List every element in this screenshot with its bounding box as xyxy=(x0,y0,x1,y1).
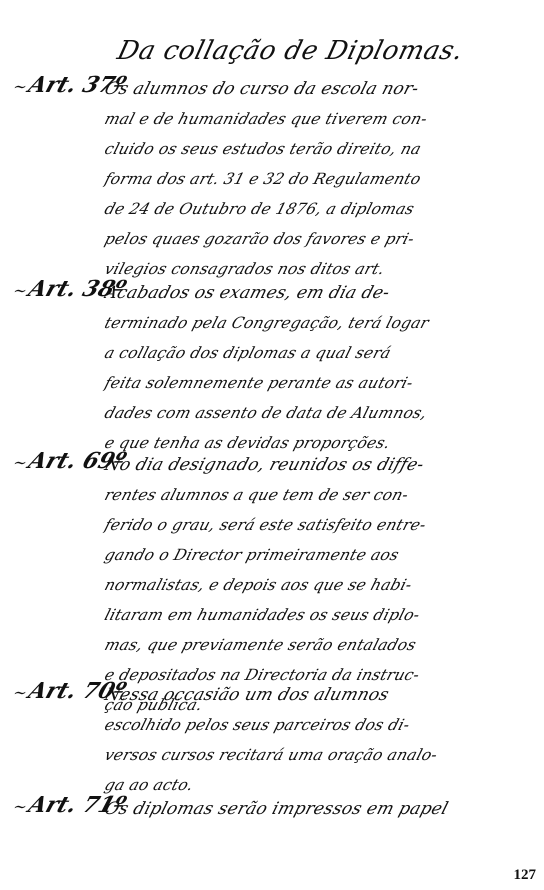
text-line: versos cursos recitará uma oração analo- xyxy=(101,740,455,770)
text-line: cluido os seus estudos terão direito, na xyxy=(101,134,455,164)
article-label: ~Art. 69º xyxy=(10,448,118,474)
page-number: 127 xyxy=(514,867,537,884)
text-line: terminado pela Congregação, terá logar xyxy=(101,308,455,338)
article-label: ~Art. 37º xyxy=(10,72,118,98)
text-line: Os alumnos do curso da escola nor- xyxy=(101,74,455,104)
text-line: litaram em humanidades os seus diplo- xyxy=(101,600,455,630)
article-body: Nessa occasião um dos alumnos escolhido … xyxy=(105,680,450,800)
text-line: mal e de humanidades que tiverem con- xyxy=(101,104,455,134)
article-label: ~Art. 38º xyxy=(10,276,118,302)
text-line: escolhido pelos seus parceiros dos di- xyxy=(101,710,455,740)
text-line: ferido o grau, será este satisfeito entr… xyxy=(101,510,455,540)
manuscript-page: Da collação de Diplomas. ~Art. 37º Os al… xyxy=(0,0,544,890)
text-line: Acabados os exames, em dia de- xyxy=(101,278,455,308)
text-line: mas, que previamente serão entalados xyxy=(101,630,455,660)
section-title: Da collação de Diplomas. xyxy=(114,36,451,66)
text-line: dades com assento de data de Alumnos, xyxy=(101,398,455,428)
text-line: a collação dos diplomas a qual será xyxy=(101,338,455,368)
text-line: pelos quaes gozarão dos favores e pri- xyxy=(101,224,455,254)
article-body: Os diplomas serão impressos em papel xyxy=(105,794,450,824)
text-line: normalistas, e depois aos que se habi- xyxy=(101,570,455,600)
text-line: feita solemnemente perante as autori- xyxy=(101,368,455,398)
text-line: forma dos art. 31 e 32 do Regulamento xyxy=(101,164,455,194)
article-body: Os alumnos do curso da escola nor- mal e… xyxy=(105,74,450,284)
article-label: ~Art. 70º xyxy=(10,678,118,704)
text-line: Os diplomas serão impressos em papel xyxy=(101,794,455,824)
article-label: ~Art. 71º xyxy=(10,792,118,818)
article-body: Acabados os exames, em dia de- terminado… xyxy=(105,278,450,458)
text-line: de 24 de Outubro de 1876, a diplomas xyxy=(101,194,455,224)
text-line: Nessa occasião um dos alumnos xyxy=(101,680,455,710)
text-line: No dia designado, reunidos os diffe- xyxy=(101,450,455,480)
text-line: rentes alumnos a que tem de ser con- xyxy=(101,480,455,510)
text-line: gando o Director primeiramente aos xyxy=(101,540,455,570)
